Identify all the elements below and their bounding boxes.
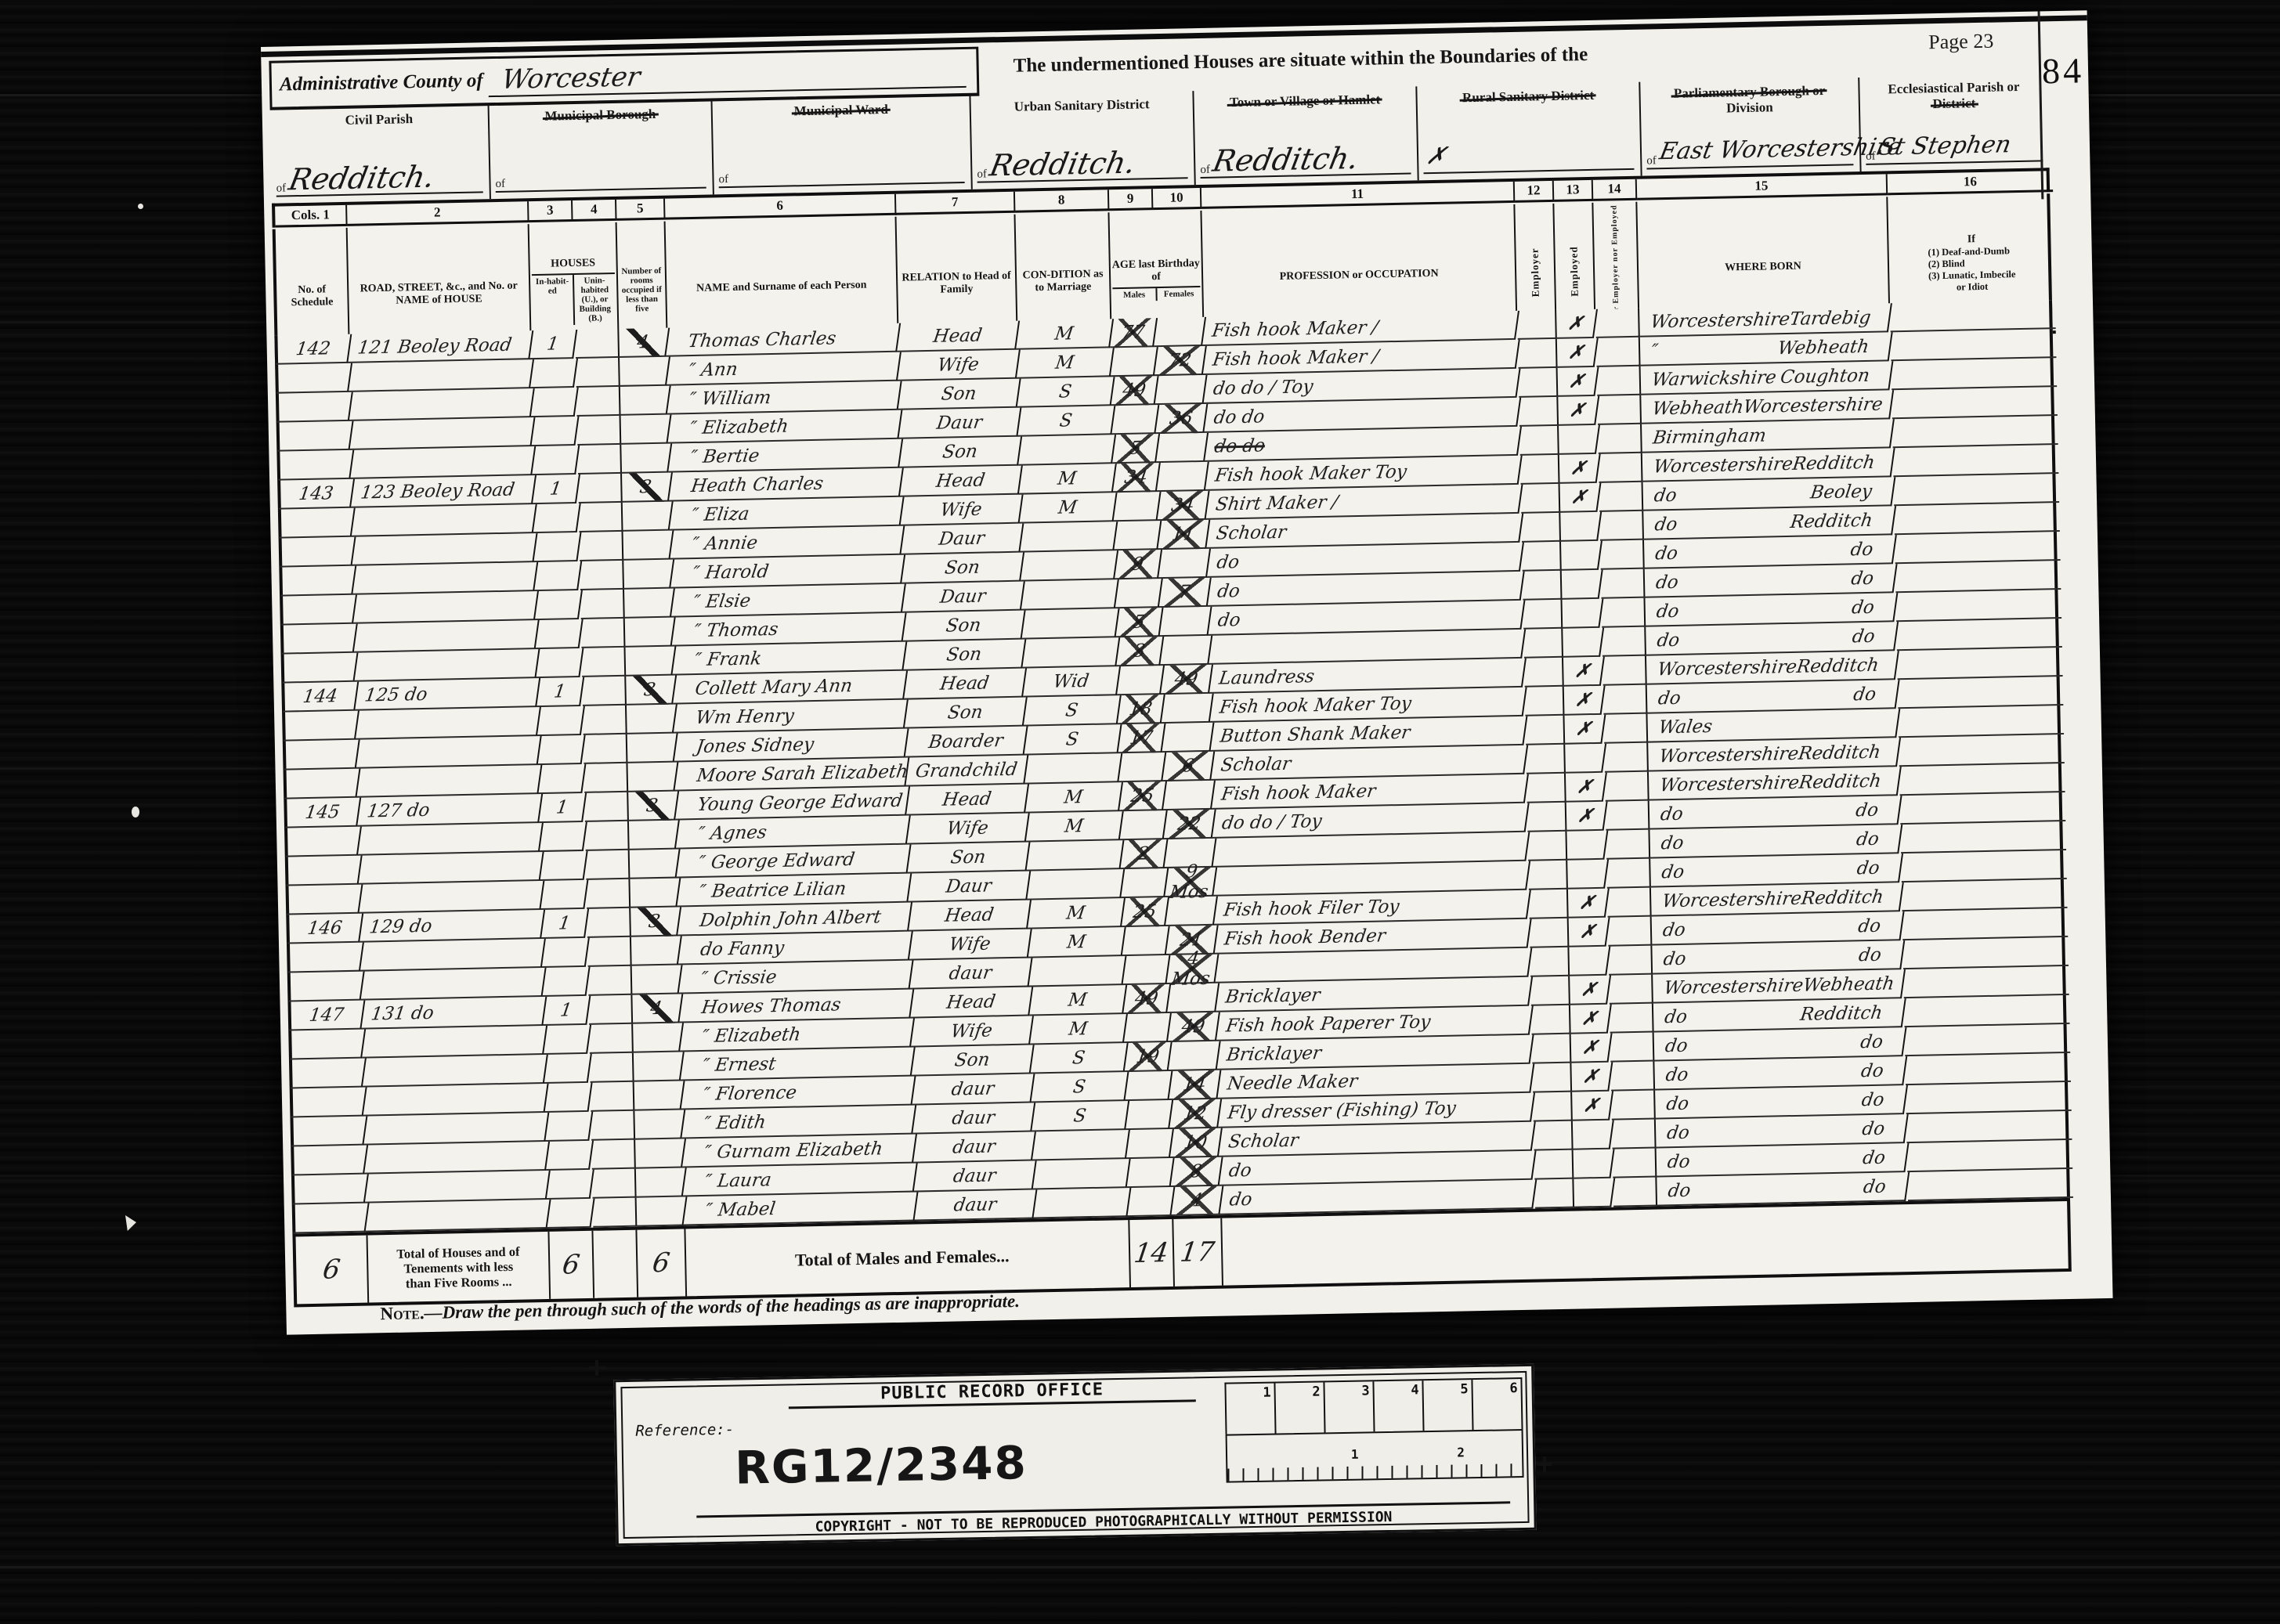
cell-address [360, 939, 546, 972]
cell-inhabited [530, 359, 578, 388]
cell-neither [1608, 917, 1653, 947]
cell-infirmity [1900, 792, 2066, 825]
cell-employed: ✗ [1562, 657, 1605, 687]
cell-name: ″ Crissie [678, 961, 913, 994]
cell-infirmity [1907, 1140, 2073, 1172]
cell-inhabited: 1 [543, 996, 591, 1026]
cell-condition [1021, 608, 1119, 640]
cell-rooms [620, 444, 672, 474]
cell-condition: M [1025, 782, 1123, 814]
cell-condition: M [1019, 493, 1117, 524]
cell-employed [1571, 1121, 1614, 1150]
born-county: do [1653, 485, 1678, 506]
cell-rooms [632, 1052, 685, 1081]
cell-rooms [634, 1139, 686, 1168]
cell-schedule: 145 [285, 798, 361, 828]
cell-schedule [293, 1204, 369, 1234]
cell-name: ″ Agnes [676, 816, 911, 850]
ruler-inch-mark: 2 [1275, 1382, 1325, 1433]
cell-employer [1521, 484, 1561, 514]
cell-relation: Wife [911, 1016, 1034, 1047]
cell-address [352, 533, 537, 566]
cell-employer [1530, 947, 1570, 977]
cell-condition: S [1017, 406, 1115, 437]
cell-condition: Wid [1023, 666, 1121, 698]
cell-rooms: 3 [629, 907, 681, 937]
born-place: Redditch [1798, 770, 1882, 792]
cell-neither [1597, 366, 1642, 396]
cell-rooms [632, 1081, 685, 1110]
head-label: Number of rooms occupied if less than fi… [620, 266, 664, 314]
cell-uninhabited [583, 706, 627, 735]
cell-inhabited [542, 967, 590, 997]
cell-inhabited [547, 1170, 594, 1200]
cell-rooms: 4 [617, 328, 670, 358]
registration-mark [1543, 1456, 1546, 1472]
cell-age-male [1114, 521, 1162, 550]
reference-number: RG12/2348 [735, 1436, 1028, 1495]
born-place: do [1860, 1089, 1885, 1110]
cell-address [363, 1113, 549, 1146]
cell-age-male [1120, 810, 1168, 840]
born-county: do [1664, 1006, 1689, 1027]
cell-employed: ✗ [1570, 1092, 1613, 1121]
cell-schedule [289, 972, 365, 1002]
header-field-value: of [718, 168, 964, 188]
cell-address [361, 968, 547, 1001]
born-county: Worcestershire [1663, 975, 1805, 998]
cell-employer [1519, 426, 1559, 456]
cell-age-female [1159, 607, 1212, 637]
cell-infirmity [1902, 937, 2069, 969]
cell-infirmity [1890, 300, 2056, 332]
cell-uninhabited [590, 1053, 634, 1083]
cell-relation: Wife [901, 495, 1024, 526]
cell-age-female [1154, 317, 1206, 347]
cell-neither [1609, 975, 1653, 1005]
cell-condition [1026, 840, 1124, 872]
born-county: do [1657, 687, 1682, 709]
head-label: If [1967, 233, 1975, 246]
of-prefix: of [276, 182, 286, 195]
cell-name: ″ Florence [681, 1076, 916, 1110]
header-field-handwritten: St Stephen [1876, 129, 2014, 164]
cell-infirmity [1895, 561, 2061, 593]
cell-rooms [634, 1167, 687, 1197]
cell-rooms [621, 502, 674, 532]
cell-rooms [627, 820, 680, 850]
cell-rooms [633, 1110, 685, 1139]
reference-label: Reference:- [635, 1421, 734, 1440]
cell-relation: daur [914, 1189, 1037, 1221]
cell-relation: Head [904, 669, 1027, 700]
cell-neither [1599, 453, 1643, 483]
col-number-16: 16 [1888, 171, 2053, 195]
col-number-7: 7 [896, 192, 1016, 215]
header-field-5: Rural Sanitary District✗ [1417, 82, 1642, 181]
cell-neither [1606, 801, 1650, 831]
cell-inhabited: 1 [529, 330, 577, 359]
cell-uninhabited [584, 792, 629, 822]
cell-inhabited [540, 851, 588, 881]
cell-schedule: 142 [276, 334, 352, 365]
cell-uninhabited [593, 1198, 638, 1228]
cell-relation: daur [914, 1160, 1037, 1192]
totals-houses-label: Total of Houses and of Tenements with le… [367, 1232, 551, 1303]
cell-neither [1598, 424, 1642, 454]
cell-infirmity [1906, 1111, 2072, 1143]
cell-name: ″ Mabel [683, 1192, 918, 1225]
cell-age-female: 9 Mos [1165, 868, 1217, 897]
head-label: ROAD, STREET, &c., and No. or NAME of HO… [350, 280, 528, 309]
cell-relation: Daur [901, 524, 1024, 555]
header-field-handwritten: ✗ [1423, 141, 1449, 173]
cell-condition [1027, 869, 1125, 900]
born-place: Redditch [1798, 742, 1882, 763]
cell-address: 131 do [361, 997, 547, 1030]
cell-schedule [280, 566, 356, 597]
born-place: do [1852, 684, 1877, 705]
head-sublabel: Females [1157, 287, 1200, 301]
cell-address [352, 504, 537, 537]
of-prefix: of [1866, 150, 1876, 164]
cell-employer [1519, 397, 1559, 427]
cell-inhabited [531, 388, 579, 417]
cell-schedule: 146 [287, 914, 363, 944]
cell-age-male [1121, 868, 1169, 898]
cell-uninhabited [591, 1111, 635, 1141]
cell-address [354, 620, 540, 653]
cell-employed [1559, 541, 1603, 571]
cell-name: Howes Thomas [679, 989, 914, 1023]
col-number-10: 10 [1153, 188, 1202, 210]
header-field-label-line: Urban Sanitary District [1014, 96, 1150, 114]
cell-name: Young George Edward [675, 787, 910, 821]
cell-employer [1523, 571, 1563, 601]
situate-text: The undermentioned Houses are situate wi… [1013, 44, 1588, 78]
born-county: Worcestershire [1661, 888, 1803, 911]
cell-uninhabited [585, 821, 630, 851]
header-field-label: Municipal Borough [490, 105, 711, 125]
cell-name: ″ Harold [670, 555, 905, 589]
cell-name: Dolphin John Albert [677, 903, 912, 937]
cell-age-female [1165, 897, 1218, 926]
cell-name: Collett Mary Ann [673, 671, 908, 705]
cell-inhabited [538, 735, 586, 765]
born-place: do [1859, 1031, 1884, 1052]
cell-employed: ✗ [1558, 454, 1601, 484]
born-place: do [1862, 1176, 1887, 1197]
cell-name: ″ Gurnam Elizabeth [682, 1134, 917, 1167]
col-number-2: 2 [347, 201, 529, 226]
cell-employer [1521, 513, 1561, 543]
cell-name: ″ Annie [670, 526, 905, 560]
cell-age-male: 3 [1116, 637, 1164, 666]
born-county: Worcestershire [1649, 309, 1791, 332]
cell-schedule [284, 740, 360, 770]
cell-neither [1596, 337, 1641, 367]
cell-relation: Daur [898, 408, 1021, 439]
cell-schedule [282, 624, 358, 655]
cell-employer [1527, 774, 1566, 803]
born-place: do [1855, 828, 1881, 850]
born-place: Webheath [1776, 336, 1870, 358]
header-field-label: Urban Sanitary District [971, 96, 1193, 116]
cell-neither [1603, 656, 1647, 686]
cell-schedule [293, 1175, 369, 1205]
cell-uninhabited [575, 329, 620, 359]
cell-condition [1020, 521, 1118, 553]
cell-age-male: 49 [1123, 984, 1171, 1014]
cell-uninhabited [586, 879, 631, 909]
cell-relation: Son [907, 842, 1030, 873]
cell-employer [1530, 976, 1570, 1006]
cell-rooms: 3 [627, 791, 679, 821]
cell-age-female [1158, 549, 1211, 579]
cell-age-male: 49 [1111, 376, 1158, 406]
born-county: Birmingham [1652, 425, 1768, 448]
cell-address [362, 1026, 547, 1059]
header-field-value: ✗ [1423, 137, 1635, 174]
cell-condition: M [1017, 348, 1115, 379]
born-place: Redditch [1800, 886, 1884, 908]
cell-employer [1531, 1005, 1571, 1035]
ruler-inch-mark: 1 [1226, 1384, 1276, 1435]
cell-name: Moore Sarah Elizabeth [674, 758, 909, 792]
cell-condition [1028, 956, 1126, 987]
header-field-label: Town or Village or Hamlet [1194, 91, 1415, 111]
ruler-inch-mark: 5 [1423, 1380, 1473, 1431]
cell-name: Jones Sidney [674, 729, 909, 763]
film-streak [0, 1566, 2280, 1568]
col-number-1: Cols. 1 [275, 205, 348, 228]
head-label: HOUSES [551, 258, 595, 271]
cell-address [363, 1084, 549, 1117]
cell-name: Wm Henry [674, 700, 909, 734]
born-county: do [1653, 514, 1678, 535]
cell-inhabited [533, 503, 581, 533]
cell-neither [1610, 1004, 1654, 1034]
cell-address [353, 591, 539, 624]
cell-relation: daur [912, 1074, 1035, 1105]
cell-condition [1033, 1159, 1131, 1190]
cell-age-female [1160, 636, 1212, 666]
cell-inhabited [538, 764, 586, 794]
header-field-label-line: Town or Village or Hamlet [1230, 92, 1381, 110]
cell-name: ″ Laura [683, 1163, 918, 1196]
cell-schedule [287, 885, 363, 915]
col-number-6: 6 [665, 194, 896, 220]
cell-schedule [284, 769, 360, 799]
head-sublabel: Males [1112, 288, 1157, 301]
cell-relation: daur [912, 1103, 1035, 1134]
cell-employed: ✗ [1555, 309, 1598, 339]
cell-condition [1022, 637, 1120, 669]
cell-employer [1527, 832, 1567, 861]
cell-name: ″ Elizabeth [667, 410, 902, 444]
cell-inhabited [546, 1141, 594, 1171]
born-county: do [1654, 543, 1679, 564]
head-label: NAME and Surname of each Person [696, 280, 867, 295]
cell-condition: S [1017, 377, 1115, 408]
cell-age-male: 34 [1113, 463, 1161, 493]
born-place: Worcestershire [1742, 394, 1884, 417]
born-place: do [1851, 597, 1876, 618]
cell-relation: Head [909, 900, 1032, 931]
cell-employed: ✗ [1566, 918, 1610, 947]
cell-age-male [1117, 666, 1165, 695]
head-label: Employer [1528, 247, 1541, 297]
born-place: Coughton [1780, 365, 1871, 387]
cell-address [356, 736, 542, 769]
header-field-label: Ecclesiastical Parish orDistrict [1859, 78, 2048, 114]
header-field-label: Municipal Ward [713, 100, 970, 121]
cell-uninhabited [580, 561, 624, 590]
ruler-cms: 12 [1226, 1429, 1524, 1483]
cell-inhabited: 1 [533, 475, 580, 504]
cell-address [350, 446, 536, 479]
cell-age-female: 14 [1169, 1070, 1221, 1100]
totals-mf-label: Total of Males and Females... [685, 1220, 1131, 1296]
cell-schedule [276, 363, 352, 394]
cell-rooms: 3 [620, 473, 673, 503]
cell-age-female: 12 [1169, 1099, 1222, 1129]
cell-uninhabited [591, 1140, 636, 1170]
cell-neither [1602, 627, 1646, 657]
cell-uninhabited [586, 850, 631, 880]
cell-relation: daur [913, 1131, 1036, 1163]
cell-schedule [277, 421, 353, 452]
cell-neither [1607, 888, 1652, 918]
cell-infirmity [1907, 1169, 2073, 1201]
cell-schedule: 144 [283, 682, 359, 713]
born-place: Beoley [1809, 481, 1874, 503]
cell-uninhabited [578, 474, 623, 503]
born-county: do [1664, 1064, 1689, 1085]
cell-age-female: 11 [1158, 520, 1210, 550]
born-place: do [1851, 626, 1876, 647]
ruler-inch-mark: 3 [1324, 1381, 1375, 1432]
cell-age-female [1157, 462, 1209, 492]
cell-neither [1599, 511, 1644, 541]
cell-name: ″ Ann [667, 352, 902, 386]
head-label: PROFESSION or OCCUPATION [1279, 268, 1438, 283]
cell-name: ″ Edith [681, 1105, 916, 1139]
cell-age-male [1111, 405, 1159, 435]
cell-inhabited: 1 [537, 677, 584, 707]
cell-address [349, 388, 535, 421]
born-county: do [1660, 861, 1686, 882]
cell-infirmity [1902, 879, 2068, 911]
cell-age-male: 25 [1122, 897, 1169, 927]
cell-employed: ✗ [1569, 1005, 1612, 1034]
born-place: Redditch [1789, 510, 1874, 532]
cell-inhabited [535, 590, 583, 620]
cell-rooms [625, 704, 677, 734]
header-field-label-line: Ecclesiastical Parish or [1888, 79, 2019, 96]
cell-schedule [280, 508, 356, 539]
header-field-1: Municipal Boroughof [490, 100, 714, 199]
cell-address: 127 do [357, 794, 543, 827]
cell-rooms [626, 762, 678, 792]
cell-employer [1528, 861, 1568, 890]
cell-rooms [631, 1023, 684, 1052]
born-place: do [1850, 568, 1875, 589]
born-county: do [1666, 1151, 1691, 1172]
cell-infirmity [1905, 1053, 2071, 1085]
cell-employed: ✗ [1558, 483, 1601, 513]
cell-schedule [288, 943, 364, 973]
cell-schedule [281, 595, 357, 626]
cell-inhabited [531, 417, 579, 446]
cell-age-male [1113, 492, 1161, 521]
cell-age-male: 77 [1110, 318, 1158, 348]
cell-age-female: 4 [1171, 1186, 1223, 1216]
cell-condition: M [1030, 1014, 1128, 1045]
cell-name: ″ Eliza [670, 497, 905, 531]
cell-employer [1529, 890, 1569, 919]
cell-condition: M [1028, 927, 1126, 958]
cell-name: ″ Frank [672, 642, 907, 676]
cell-uninhabited [580, 532, 624, 561]
header-field-2: Municipal Wardof [712, 96, 972, 195]
cell-rooms [618, 357, 670, 387]
cell-condition: S [1024, 695, 1122, 727]
cell-employer [1534, 1150, 1574, 1180]
header-field-7: Ecclesiastical Parish orDistrictofSt Ste… [1859, 74, 2049, 171]
ruler-inches: 123456 [1224, 1377, 1523, 1435]
cell-schedule [291, 1059, 367, 1089]
cell-neither [1610, 1062, 1655, 1092]
cell-condition: S [1031, 1072, 1129, 1103]
cell-infirmity [1906, 1082, 2072, 1114]
cell-address [354, 649, 540, 682]
cell-age-female: 6 [1162, 752, 1215, 781]
cell-age-male: 2 [1120, 839, 1168, 869]
cell-uninhabited [577, 445, 622, 475]
cell-name: ″ Elsie [671, 584, 906, 618]
header-field-value: ofRedditch. [276, 160, 483, 197]
cell-neither [1600, 540, 1645, 570]
cell-condition: M [1016, 319, 1114, 350]
cell-schedule [282, 653, 358, 684]
cell-age-female: 36 [1155, 404, 1208, 434]
cell-name: ″ George Edward [676, 845, 911, 879]
cell-schedule [278, 450, 354, 481]
col-number-15: 15 [1637, 174, 1888, 200]
cell-neither [1601, 598, 1646, 628]
cell-infirmity [1905, 1024, 2071, 1056]
cell-neither [1595, 309, 1640, 338]
head-sublabel: In-habit-ed [532, 275, 575, 326]
cell-infirmity [1898, 677, 2064, 709]
header-field-label-line: Division [1726, 99, 1773, 115]
cell-inhabited: 1 [541, 909, 589, 939]
cell-relation: Grandchild [905, 756, 1028, 787]
totals-schedule: 6 [296, 1236, 370, 1305]
col-number-5: 5 [616, 199, 666, 221]
cell-age-female: 49 [1168, 1012, 1220, 1042]
cell-age-male [1118, 752, 1166, 782]
cell-age-female [1156, 433, 1209, 463]
cell-inhabited [534, 561, 582, 591]
cell-schedule: 143 [279, 479, 355, 510]
head-label: CON-DITION as to Marriage [1018, 269, 1108, 295]
cell-infirmity [1901, 850, 2067, 882]
cell-age-female [1162, 694, 1214, 724]
cell-employer [1532, 1034, 1572, 1064]
header-field-0: Civil ParishofRedditch. [270, 105, 491, 204]
